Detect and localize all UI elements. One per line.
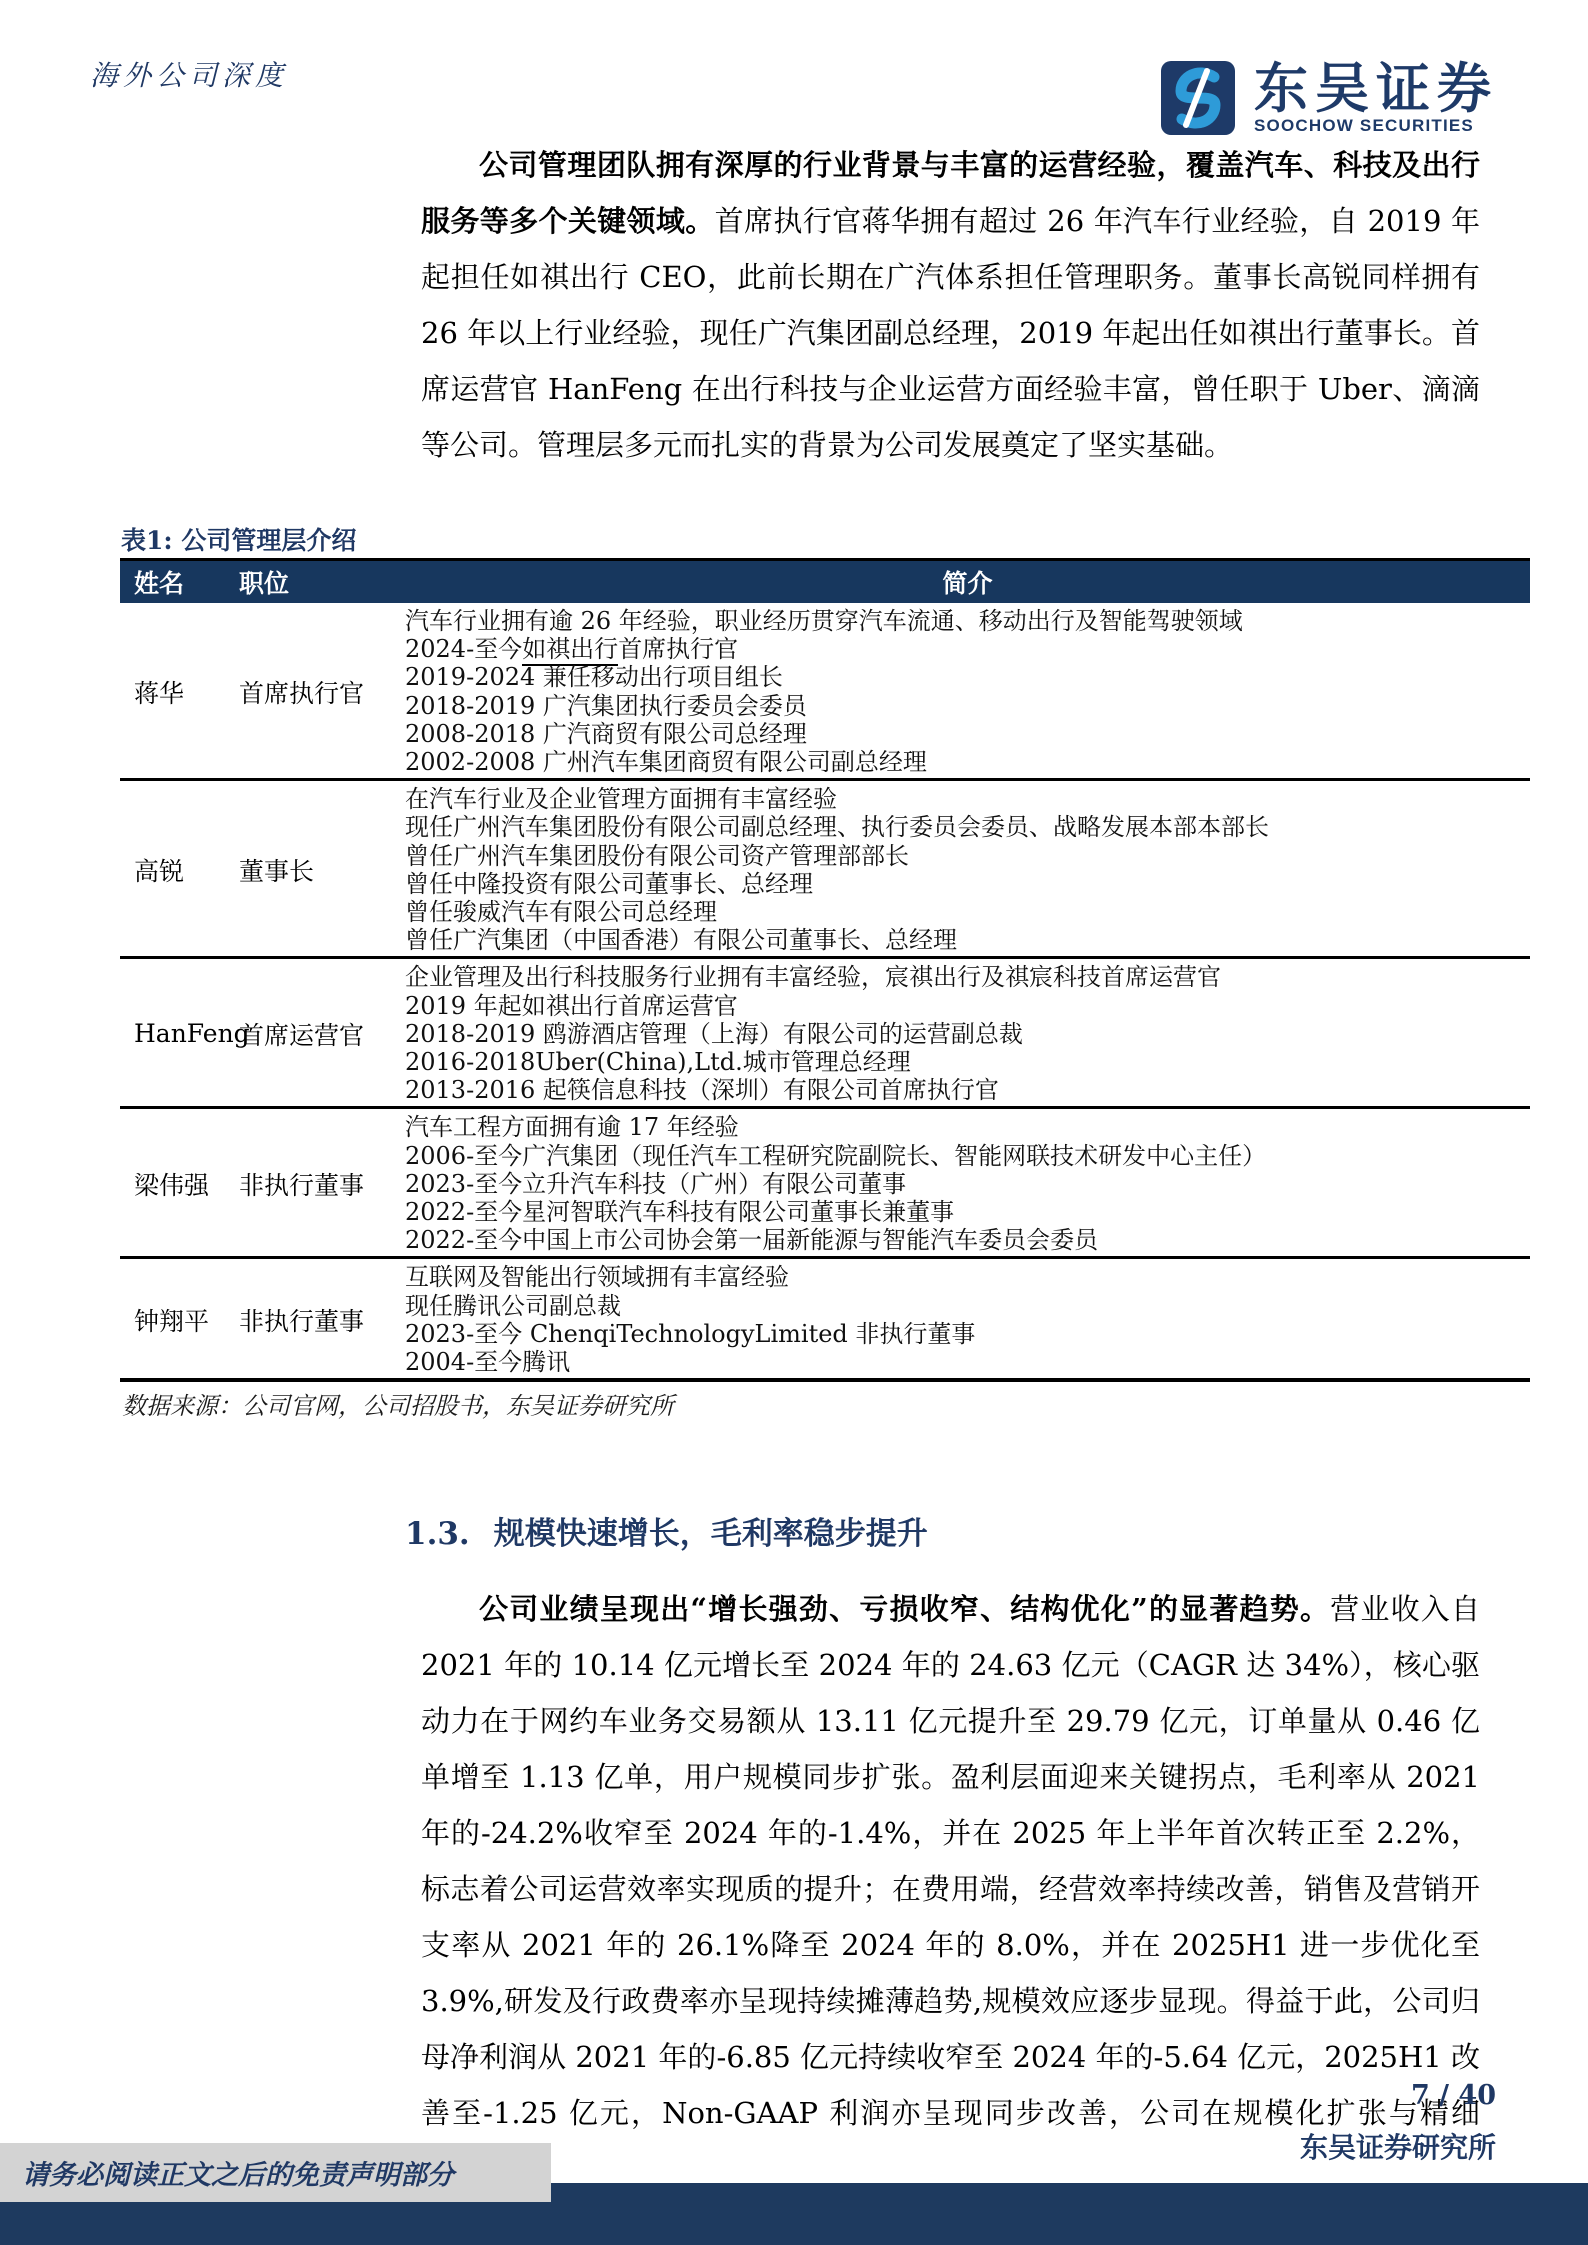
report-category-label: 海外公司深度 (90, 54, 288, 94)
management-intro-paragraph: 公司管理团队拥有深厚的行业背景与丰富的运营经验，覆盖汽车、科技及出行服务等多个关… (421, 137, 1480, 473)
brand-name-cn: 东吴证券 (1254, 60, 1498, 116)
report-page: 海外公司深度 东吴证券 SOOCHOW SECURITIES 公司管理团队拥有深… (0, 0, 1588, 2245)
bio-line: 2013-2016 起筷信息科技（深圳）有限公司首席执行官 (405, 1076, 1530, 1104)
bio-line: 2004-至今腾讯 (405, 1348, 1530, 1376)
bio-line: 互联网及智能出行领域拥有丰富经验 (405, 1263, 1530, 1291)
bio-line: 2016-2018Uber(China),Ltd.城市管理总经理 (405, 1048, 1530, 1076)
exec-name: 蒋华 (120, 674, 235, 710)
paragraph-body-text: 营业收入自 2021 年的 10.14 亿元增长至 2024 年的 24.63 … (421, 1592, 1480, 2130)
bio-line: 2022-至今中国上市公司协会第一届新能源与智能汽车委员会委员 (405, 1226, 1530, 1254)
section-number: 1.3. (405, 1516, 470, 1552)
exec-bio: 汽车行业拥有逾 26 年经验，职业经历贯穿汽车流通、移动出行及智能驾驶领域 20… (405, 607, 1530, 776)
exec-name: HanFeng (120, 1019, 235, 1048)
bio-line: 汽车工程方面拥有逾 17 年经验 (405, 1113, 1530, 1141)
bio-line: 曾任骏威汽车有限公司总经理 (405, 898, 1530, 926)
disclaimer-box: 请务必阅读正文之后的免责声明部分 (0, 2143, 551, 2202)
bio-line: 2019-2024 兼任移动出行项目组长 (405, 663, 1530, 691)
brand-text: 东吴证券 SOOCHOW SECURITIES (1254, 60, 1498, 136)
bio-line: 2023-至今立升汽车科技（广州）有限公司董事 (405, 1170, 1530, 1198)
exec-bio: 企业管理及出行科技服务行业拥有丰富经验，宸祺出行及祺宸科技首席运营官 2019 … (405, 963, 1530, 1104)
exec-position: 董事长 (235, 852, 405, 888)
exec-name: 梁伟强 (120, 1166, 235, 1202)
bio-line: 2006-至今广汽集团（现任汽车工程研究院副院长、智能网联技术研发中心主任） (405, 1142, 1530, 1170)
table-data-source: 数据来源：公司官网，公司招股书，东吴证券研究所 (122, 1386, 674, 1421)
bio-line: 2024-至今如祺出行首席执行官 (405, 635, 1530, 663)
bio-line: 2022-至今星河智联汽车科技有限公司董事长兼董事 (405, 1198, 1530, 1226)
section-title: 规模快速增长，毛利率稳步提升 (494, 1516, 928, 1552)
column-header-bio: 简介 (405, 564, 1530, 600)
bio-line: 在汽车行业及企业管理方面拥有丰富经验 (405, 785, 1530, 813)
exec-bio: 互联网及智能出行领域拥有丰富经验 现任腾讯公司副总裁 2023-至今 Chenq… (405, 1263, 1530, 1376)
bio-line: 曾任广州汽车集团股份有限公司资产管理部部长 (405, 842, 1530, 870)
table-row: 蒋华 首席执行官 汽车行业拥有逾 26 年经验，职业经历贯穿汽车流通、移动出行及… (120, 603, 1530, 778)
bio-line: 2018-2019 鸥游酒店管理（上海）有限公司的运营副总裁 (405, 1020, 1530, 1048)
bio-line: 现任腾讯公司副总裁 (405, 1292, 1530, 1320)
table-title: 表1: 公司管理层介绍 (121, 521, 356, 557)
exec-bio: 汽车工程方面拥有逾 17 年经验 2006-至今广汽集团（现任汽车工程研究院副院… (405, 1113, 1530, 1254)
exec-position: 非执行董事 (235, 1302, 405, 1338)
table-row: 梁伟强 非执行董事 汽车工程方面拥有逾 17 年经验 2006-至今广汽集团（现… (120, 1106, 1530, 1256)
management-table: 姓名 职位 简介 蒋华 首席执行官 汽车行业拥有逾 26 年经验，职业经历贯穿汽… (120, 558, 1530, 1382)
bio-line: 曾任广汽集团（中国香港）有限公司董事长、总经理 (405, 926, 1530, 954)
footer-institute: 东吴证券研究所 (1300, 2126, 1496, 2166)
bio-line: 2019 年起如祺出行首席运营官 (405, 992, 1530, 1020)
table-row: 钟翔平 非执行董事 互联网及智能出行领域拥有丰富经验 现任腾讯公司副总裁 202… (120, 1256, 1530, 1378)
bio-line: 2008-2018 广汽商贸有限公司总经理 (405, 720, 1530, 748)
exec-bio: 在汽车行业及企业管理方面拥有丰富经验 现任广州汽车集团股份有限公司副总经理、执行… (405, 785, 1530, 954)
exec-position: 首席运营官 (235, 1016, 405, 1052)
paragraph-bold-lead: 公司业绩呈现出“增长强劲、亏损收窄、结构优化”的显著趋势。 (479, 1592, 1330, 1626)
exec-name: 钟翔平 (120, 1302, 235, 1338)
exec-position: 非执行董事 (235, 1166, 405, 1202)
table-header-row: 姓名 职位 简介 (120, 558, 1530, 603)
table-row: HanFeng 首席运营官 企业管理及出行科技服务行业拥有丰富经验，宸祺出行及祺… (120, 956, 1530, 1106)
bio-line: 2023-至今 ChenqiTechnologyLimited 非执行董事 (405, 1320, 1530, 1348)
brand-logo: 东吴证券 SOOCHOW SECURITIES (1160, 60, 1498, 136)
section-heading: 1.3.规模快速增长，毛利率稳步提升 (405, 1508, 928, 1553)
soochow-logo-icon (1160, 60, 1236, 136)
bio-line: 2002-2008 广州汽车集团商贸有限公司副总经理 (405, 748, 1530, 776)
exec-name: 高锐 (120, 852, 235, 888)
bio-line: 企业管理及出行科技服务行业拥有丰富经验，宸祺出行及祺宸科技首席运营官 (405, 963, 1530, 991)
paragraph-body-text: 首席执行官蒋华拥有超过 26 年汽车行业经验，自 2019 年起担任如祺出行 C… (421, 204, 1480, 462)
disclaimer-text: 请务必阅读正文之后的免责声明部分 (0, 2153, 454, 2192)
page-number: 7 / 40 (1411, 2080, 1496, 2111)
column-header-name: 姓名 (120, 564, 235, 600)
column-header-position: 职位 (235, 564, 405, 600)
bio-line: 汽车行业拥有逾 26 年经验，职业经历贯穿汽车流通、移动出行及智能驾驶领域 (405, 607, 1530, 635)
table-row: 高锐 董事长 在汽车行业及企业管理方面拥有丰富经验 现任广州汽车集团股份有限公司… (120, 778, 1530, 956)
bio-line: 现任广州汽车集团股份有限公司副总经理、执行委员会委员、战略发展本部本部长 (405, 813, 1530, 841)
performance-paragraph: 公司业绩呈现出“增长强劲、亏损收窄、结构优化”的显著趋势。营业收入自 2021 … (421, 1581, 1480, 2141)
bio-line: 2018-2019 广汽集团执行委员会委员 (405, 692, 1530, 720)
exec-position: 首席执行官 (235, 674, 405, 710)
brand-name-en: SOOCHOW SECURITIES (1254, 116, 1498, 136)
bio-line: 曾任中隆投资有限公司董事长、总经理 (405, 870, 1530, 898)
